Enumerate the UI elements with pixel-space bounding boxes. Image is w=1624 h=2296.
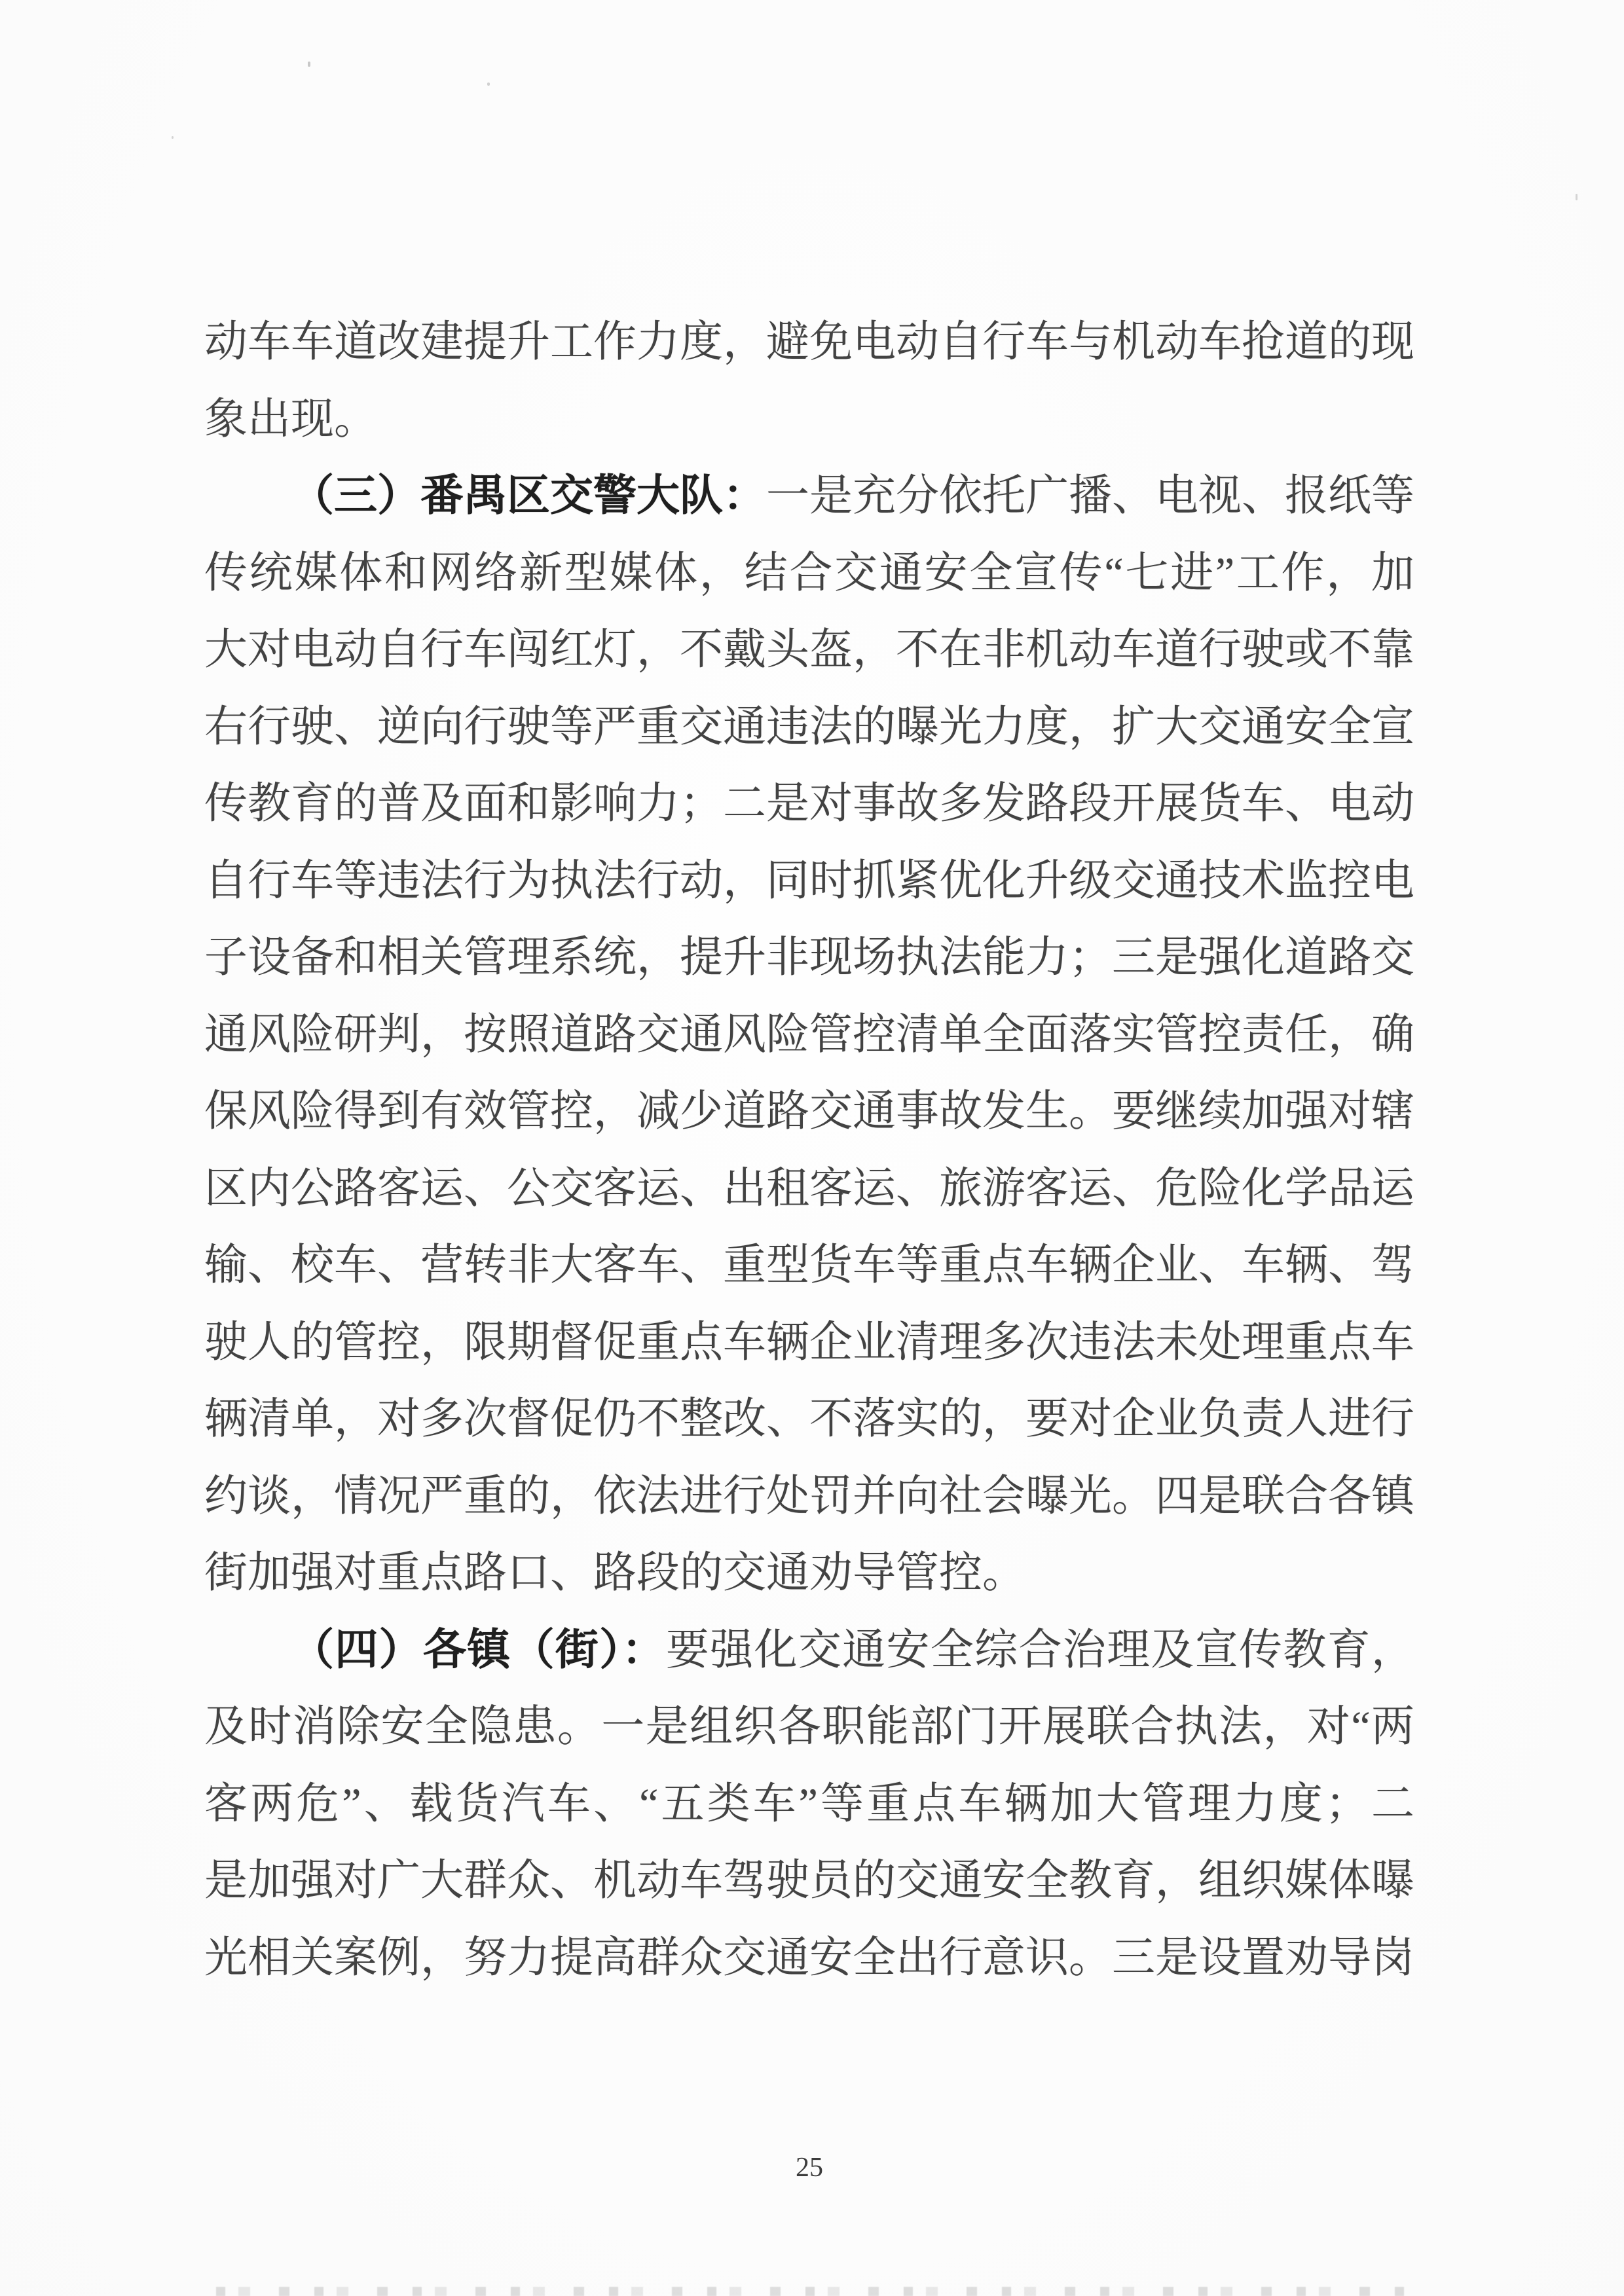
text-line: 输、校车、营转非大客车、重型货车等重点车辆企业、车辆、驾 [204, 1227, 1414, 1304]
text-segment: 辆清单，对多次督促仍不整改、不落实的，要对企业负责人进行 [204, 1395, 1414, 1443]
text-line: 象出现。 [204, 381, 1414, 458]
section-heading: （三）番禺区交警大队： [291, 472, 766, 520]
text-line: （四）各镇（街）：要强化交通安全综合治理及宣传教育， [204, 1612, 1414, 1689]
text-segment: 传统媒体和网络新型媒体，结合交通安全宣传“七进”工作，加 [204, 549, 1414, 597]
text-line: 街加强对重点路口、路段的交通劝导管控。 [204, 1535, 1414, 1612]
text-segment: 要强化交通安全综合治理及宣传教育， [666, 1626, 1414, 1674]
text-segment: 客两危”、载货汽车、“五类车”等重点车辆加大管理力度；二 [204, 1780, 1414, 1828]
text-line: 大对电动自行车闯红灯，不戴头盔，不在非机动车道行驶或不靠 [204, 611, 1414, 689]
text-segment: 一是充分依托广播、电视、报纸等 [766, 472, 1414, 520]
text-line: 动车车道改建提升工作力度，避免电动自行车与机动车抢道的现 [204, 304, 1414, 381]
page-bottom-scan-artifact [216, 2287, 1414, 2296]
scan-speck [308, 62, 310, 67]
text-line: 客两危”、载货汽车、“五类车”等重点车辆加大管理力度；二 [204, 1766, 1414, 1843]
scan-speck [172, 136, 174, 139]
text-segment: 保风险得到有效管控，减少道路交通事故发生。要继续加强对辖 [204, 1087, 1414, 1135]
page-number: 25 [204, 2153, 1414, 2183]
text-line: 驶人的管控，限期督促重点车辆企业清理多次违法未处理重点车 [204, 1304, 1414, 1381]
text-line: 区内公路客运、公交客运、出租客运、旅游客运、危险化学品运 [204, 1150, 1414, 1228]
section-heading: （四）各镇（街）： [291, 1626, 666, 1674]
text-line: 通风险研判，按照道路交通风险管控清单全面落实管控责任，确 [204, 996, 1414, 1074]
text-line: 约谈，情况严重的，依法进行处罚并向社会曝光。四是联合各镇 [204, 1458, 1414, 1535]
text-segment: 右行驶、逆向行驶等严重交通违法的曝光力度，扩大交通安全宣 [204, 703, 1414, 751]
text-segment: 动车车道改建提升工作力度，避免电动自行车与机动车抢道的现 [204, 318, 1414, 366]
text-segment: 区内公路客运、公交客运、出租客运、旅游客运、危险化学品运 [204, 1165, 1414, 1212]
text-segment: 象出现。 [204, 395, 377, 443]
text-segment: 大对电动自行车闯红灯，不戴头盔，不在非机动车道行驶或不靠 [204, 626, 1414, 674]
text-segment: 子设备和相关管理系统，提升非现场执法能力；三是强化道路交 [204, 934, 1414, 981]
text-segment: 通风险研判，按照道路交通风险管控清单全面落实管控责任，确 [204, 1011, 1414, 1059]
text-line: 光相关案例，努力提高群众交通安全出行意识。三是设置劝导岗 [204, 1920, 1414, 1997]
text-segment: 驶人的管控，限期督促重点车辆企业清理多次违法未处理重点车 [204, 1319, 1414, 1366]
text-segment: 自行车等违法行为执法行动，同时抓紧优化升级交通技术监控电 [204, 857, 1414, 905]
scan-speck [1576, 194, 1578, 200]
text-segment: 光相关案例，努力提高群众交通安全出行意识。三是设置劝导岗 [204, 1934, 1414, 1982]
text-line: 保风险得到有效管控，减少道路交通事故发生。要继续加强对辖 [204, 1073, 1414, 1150]
text-line: （三）番禺区交警大队：一是充分依托广播、电视、报纸等 [204, 458, 1414, 535]
text-line: 传统媒体和网络新型媒体，结合交通安全宣传“七进”工作，加 [204, 535, 1414, 612]
text-line: 子设备和相关管理系统，提升非现场执法能力；三是强化道路交 [204, 919, 1414, 996]
scan-speck [487, 82, 490, 86]
document-page: 动车车道改建提升工作力度，避免电动自行车与机动车抢道的现象出现。（三）番禺区交警… [0, 0, 1624, 2296]
text-segment: 约谈，情况严重的，依法进行处罚并向社会曝光。四是联合各镇 [204, 1472, 1414, 1520]
text-line: 是加强对广大群众、机动车驾驶员的交通安全教育，组织媒体曝 [204, 1842, 1414, 1920]
text-segment: 输、校车、营转非大客车、重型货车等重点车辆企业、车辆、驾 [204, 1241, 1414, 1289]
text-segment: 传教育的普及面和影响力；二是对事故多发路段开展货车、电动 [204, 780, 1414, 828]
text-block: 动车车道改建提升工作力度，避免电动自行车与机动车抢道的现象出现。（三）番禺区交警… [204, 304, 1414, 1996]
text-segment: 及时消除安全隐患。一是组织各职能部门开展联合执法，对“两 [204, 1703, 1414, 1751]
text-line: 右行驶、逆向行驶等严重交通违法的曝光力度，扩大交通安全宣 [204, 689, 1414, 766]
text-segment: 是加强对广大群众、机动车驾驶员的交通安全教育，组织媒体曝 [204, 1857, 1414, 1904]
text-line: 自行车等违法行为执法行动，同时抓紧优化升级交通技术监控电 [204, 843, 1414, 920]
text-line: 辆清单，对多次督促仍不整改、不落实的，要对企业负责人进行 [204, 1381, 1414, 1458]
text-line: 传教育的普及面和影响力；二是对事故多发路段开展货车、电动 [204, 765, 1414, 843]
text-segment: 街加强对重点路口、路段的交通劝导管控。 [204, 1549, 1025, 1597]
text-line: 及时消除安全隐患。一是组织各职能部门开展联合执法，对“两 [204, 1688, 1414, 1766]
